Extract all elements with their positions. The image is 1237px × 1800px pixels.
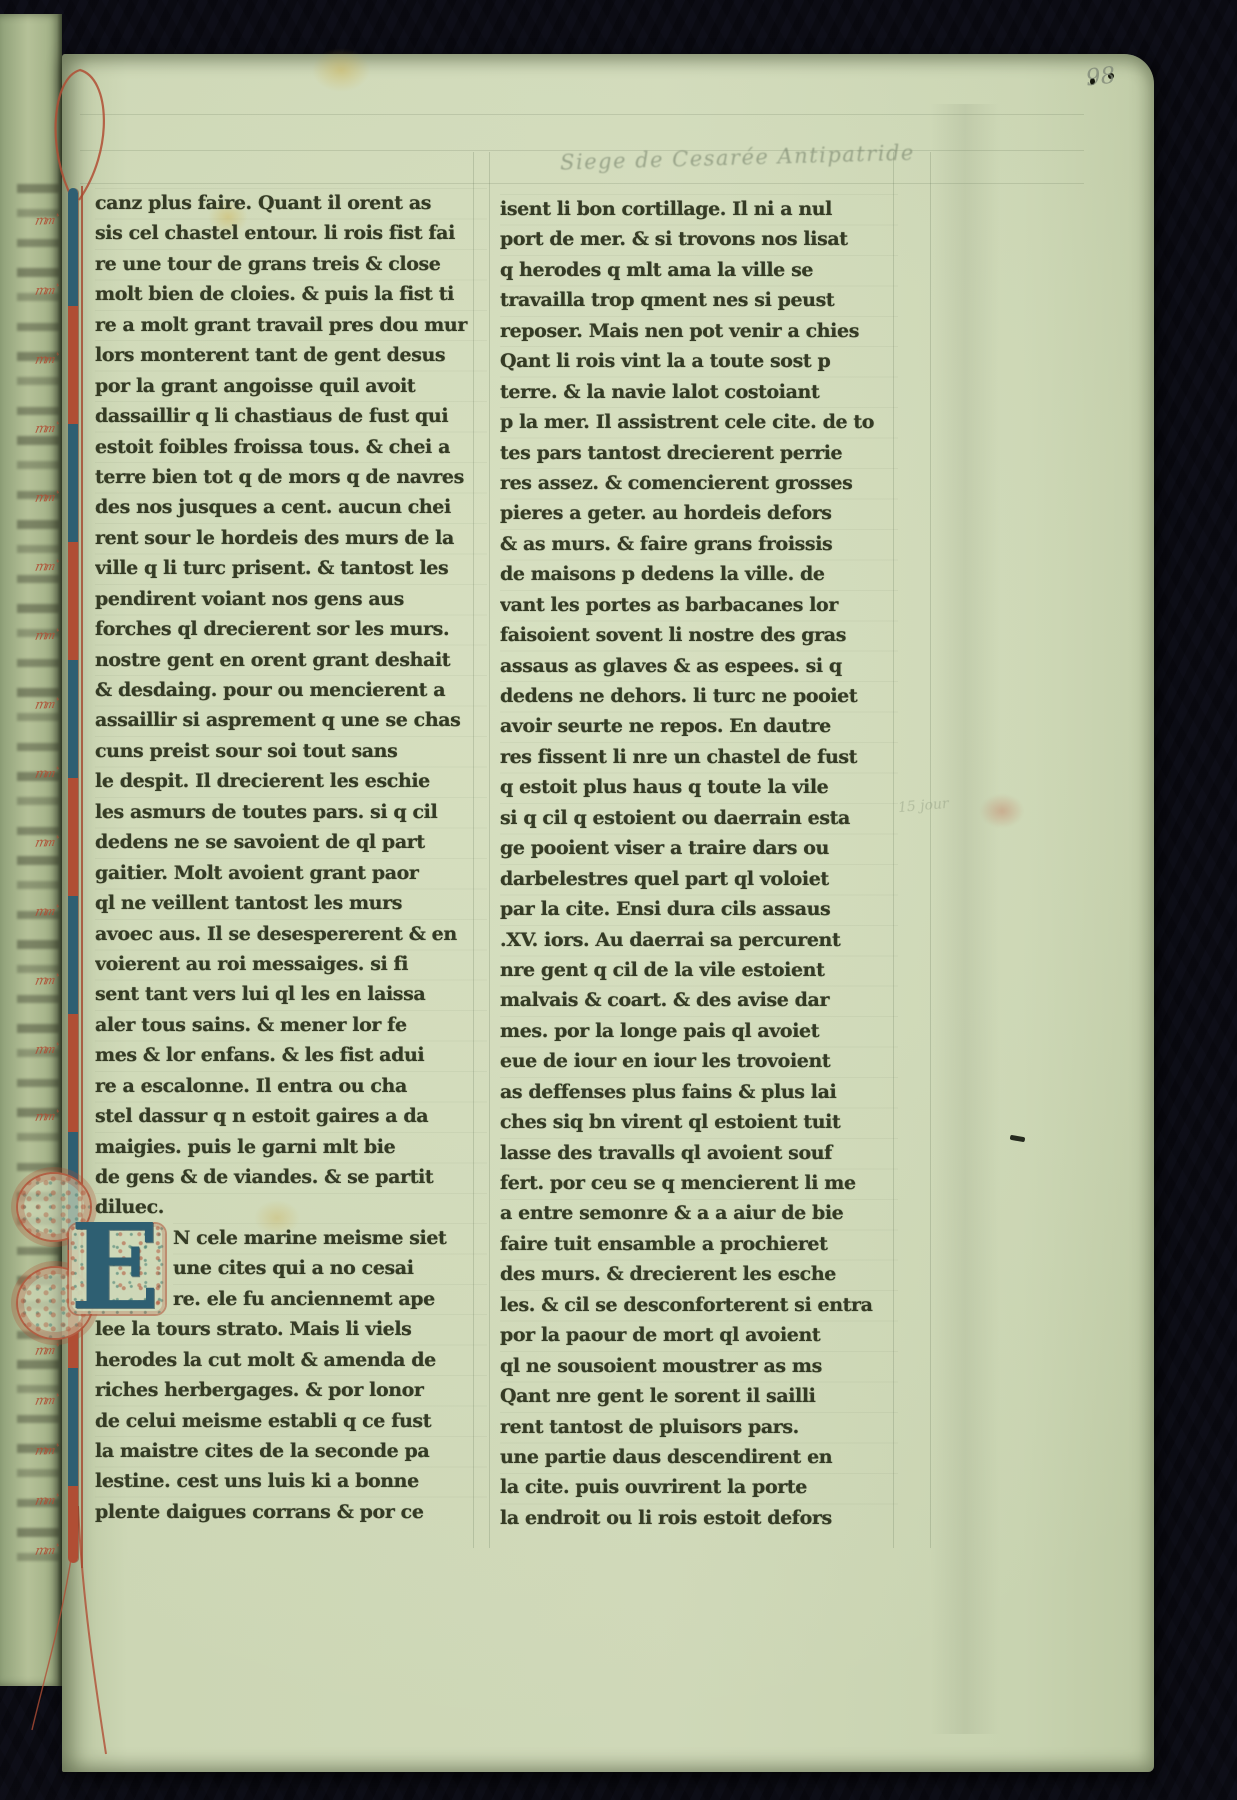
text-line: & desdaing. pour ou mencierent a [95,675,487,705]
penwork-squiggle-icon [33,1493,71,1511]
text-line: nostre gent en orent grant deshait [95,645,487,675]
text-line: res fissent li nre un chastel de fust [500,742,898,772]
penwork-squiggle-icon [33,1393,71,1411]
penwork-squiggle-icon [33,835,71,853]
penwork-squiggle-icon [33,1042,71,1060]
text-line: rent tantost de pluisors pars. [500,1412,898,1442]
text-line: Qant nre gent le sorent il sailli [500,1381,898,1411]
text-line: port de mer. & si trovons nos lisat [500,224,898,254]
text-line: faire tuit ensamble a prochieret [500,1229,898,1259]
text-line: rent sour le hordeis des murs de la [95,523,487,553]
text-line: la endroit ou li rois estoit defors [500,1503,898,1533]
bar-border-line [81,186,83,1568]
text-line: re a molt grant travail pres dou mur [95,310,487,340]
text-line: lestine. cest uns luis ki a bonne [95,1466,487,1496]
text-line: de celui meisme establi q ce fust [95,1406,487,1436]
text-line: por la paour de mort ql avoient [500,1320,898,1350]
text-line: isent li bon cortillage. Il ni a nul [500,194,898,224]
penwork-squiggle-icon [33,973,71,991]
text-line: q herodes q mlt ama la ville se [500,255,898,285]
text-line: por la grant angoisse quil avoit [95,371,487,401]
text-line: de maisons p dedens la ville. de [500,559,898,589]
text-line: avoec aus. Il se desespererent & en [95,919,487,949]
parchment-stain [312,48,370,92]
red-pigment-smudge [980,794,1024,828]
penwork-squiggle-icon [33,213,71,231]
text-line: stel dassur q n estoit gaires a da [95,1101,487,1131]
text-line: re. ele fu anciennemt ape [173,1284,487,1314]
initial-letter: E [63,1208,167,1326]
text-line: ches siq bn virent ql estoient tuit [500,1107,898,1137]
penwork-squiggle-icon [33,1343,71,1361]
text-line: mes. por la longe pais ql avoiet [500,1016,898,1046]
text-line: .XV. iors. Au daerrai sa percurent [500,925,898,955]
manuscript-photo: 98 Siege de Cesarée Antipatride 15 jour [0,0,1237,1800]
text-line: gaitier. Molt avoient grant paor [95,858,487,888]
text-line: estoit foibles froissa tous. & chei a [95,432,487,462]
folio-number: 98 [1085,63,1117,92]
ruling-line [489,152,490,1548]
initial-paragraph: E N cele marine meisme sietune cites qui… [95,1223,487,1314]
text-line: Qant li rois vint la a toute sost p [500,346,898,376]
text-line: avoir seurte ne repos. En dautre [500,711,898,741]
text-line: sent tant vers lui ql les en laissa [95,979,487,1009]
text-line: riches herbergages. & por lonor [95,1375,487,1405]
text-line: le despit. Il drecierent les eschie [95,766,487,796]
text-line: des nos jusques a cent. aucun chei [95,492,487,522]
penwork-squiggle-icon [33,1443,71,1461]
text-line: faisoient sovent li nostre des gras [500,620,898,650]
text-line: eue de iour en iour les trovoient [500,1046,898,1076]
text-line: herodes la cut molt & amenda de [95,1345,487,1375]
text-line: voierent au roi messaiges. si fi [95,949,487,979]
penwork-squiggle-icon [33,628,71,646]
penwork-squiggle-icon [33,766,71,784]
text-line: canz plus faire. Quant il orent as [95,188,487,218]
penwork-squiggle-icon [33,283,71,301]
text-line: fert. por ceu se q mencierent li me [500,1168,898,1198]
teardrop-flourish-icon [56,70,104,200]
text-line: forches ql drecierent sor les murs. [95,614,487,644]
text-line: pieres a geter. au hordeis defors [500,498,898,528]
text-line: par la cite. Ensi dura cils assaus [500,894,898,924]
text-line: de gens & de viandes. & se partit [95,1162,487,1192]
text-line: molt bien de cloies. & puis la fist ti [95,279,487,309]
text-line: cuns preist sour soi tout sans [95,736,487,766]
text-line: sis cel chastel entour. li rois fist fai [95,218,487,248]
text-line: une cites qui a no cesai [173,1253,487,1283]
text-line: dedens ne se savoient de ql part [95,827,487,857]
text-line: ville q li turc prisent. & tantost les [95,553,487,583]
text-line: terre. & la navie lalot costoiant [500,377,898,407]
penwork-squiggle-icon [33,904,71,922]
text-line: les. & cil se desconforterent si entra [500,1290,898,1320]
penwork-squiggle-icon [33,421,71,439]
penwork-squiggle-icon [33,490,71,508]
text-column-right: isent li bon cortillage. Il ni a nulport… [500,194,898,1533]
bar-border [68,188,78,1563]
text-line: ql ne veillent tantost les murs [95,888,487,918]
facing-page-text-fragments [17,184,59,1576]
text-line: re a escalonne. Il entra ou cha [95,1071,487,1101]
text-line: lors monterent tant de gent desus [95,340,487,370]
parchment-fold-shading [930,104,1000,1734]
penwork-squiggle-icon [33,352,71,370]
text-line: assaus as glaves & as espees. si q [500,651,898,681]
text-line: p la mer. Il assistrent cele cite. de to [500,407,898,437]
text-line: les asmurs de toutes pars. si q cil [95,797,487,827]
text-line: dassaillir q li chastiaus de fust qui [95,401,487,431]
ink-mark [1010,1135,1026,1143]
penwork-squiggle-icon [33,1543,71,1561]
text-line: mes & lor enfans. & les fist adui [95,1040,487,1070]
text-line: malvais & coart. & des avise dar [500,985,898,1015]
text-line: vant les portes as barbacanes lor [500,590,898,620]
paragraph: lee la tours strato. Mais li vielsherode… [95,1314,487,1527]
text-line: darbelestres quel part ql voloiet [500,864,898,894]
penwork-squiggle-icon [33,559,71,577]
manuscript-page: 98 Siege de Cesarée Antipatride 15 jour [62,54,1154,1772]
text-line: travailla trop qment nes si peust [500,285,898,315]
text-line: une partie daus descendirent en [500,1442,898,1472]
paragraph: canz plus faire. Quant il orent assis ce… [95,188,487,1223]
text-line: des murs. & drecierent les esche [500,1259,898,1289]
text-line: q estoit plus haus q toute la vile [500,772,898,802]
paragraph: isent li bon cortillage. Il ni a nulport… [500,194,898,1533]
text-line: N cele marine meisme siet [173,1223,487,1253]
text-line: si q cil q estoient ou daerrain esta [500,803,898,833]
text-line: lasse des travalls ql avoient souf [500,1138,898,1168]
text-line: & as murs. & faire grans froissis [500,529,898,559]
text-line: ql ne sousoient moustrer as ms [500,1351,898,1381]
text-line: dedens ne dehors. li turc ne pooiet [500,681,898,711]
paragraph: N cele marine meisme sietune cites qui a… [173,1223,487,1314]
text-line: reposer. Mais nen pot venir a chies [500,316,898,346]
text-line: pendirent voiant nos gens aus [95,584,487,614]
text-line: tes pars tantost drecierent perrie [500,438,898,468]
text-line: as deffenses plus fains & plus lai [500,1077,898,1107]
text-line: plente daigues corrans & por ce [95,1497,487,1527]
text-line: la cite. puis ouvrirent la porte [500,1472,898,1502]
text-line: ge pooient viser a traire dars ou [500,833,898,863]
text-line: nre gent q cil de la vile estoient [500,955,898,985]
text-line: la maistre cites de la seconde pa [95,1436,487,1466]
text-line: aler tous sains. & mener lor fe [95,1010,487,1040]
text-line: assaillir si asprement q une se chas [95,705,487,735]
text-line: res assez. & comencierent grosses [500,468,898,498]
text-line: a entre semonre & a a aiur de bie [500,1198,898,1228]
penwork-squiggle-icon [33,697,71,715]
decorated-initial: E [69,1224,165,1314]
text-line: terre bien tot q de mors q de navres [95,462,487,492]
text-line: maigies. puis le garni mlt bie [95,1132,487,1162]
penwork-squiggle-icon [33,1109,71,1127]
text-column-left: canz plus faire. Quant il orent assis ce… [95,188,487,1527]
text-line: re une tour de grans treis & close [95,249,487,279]
